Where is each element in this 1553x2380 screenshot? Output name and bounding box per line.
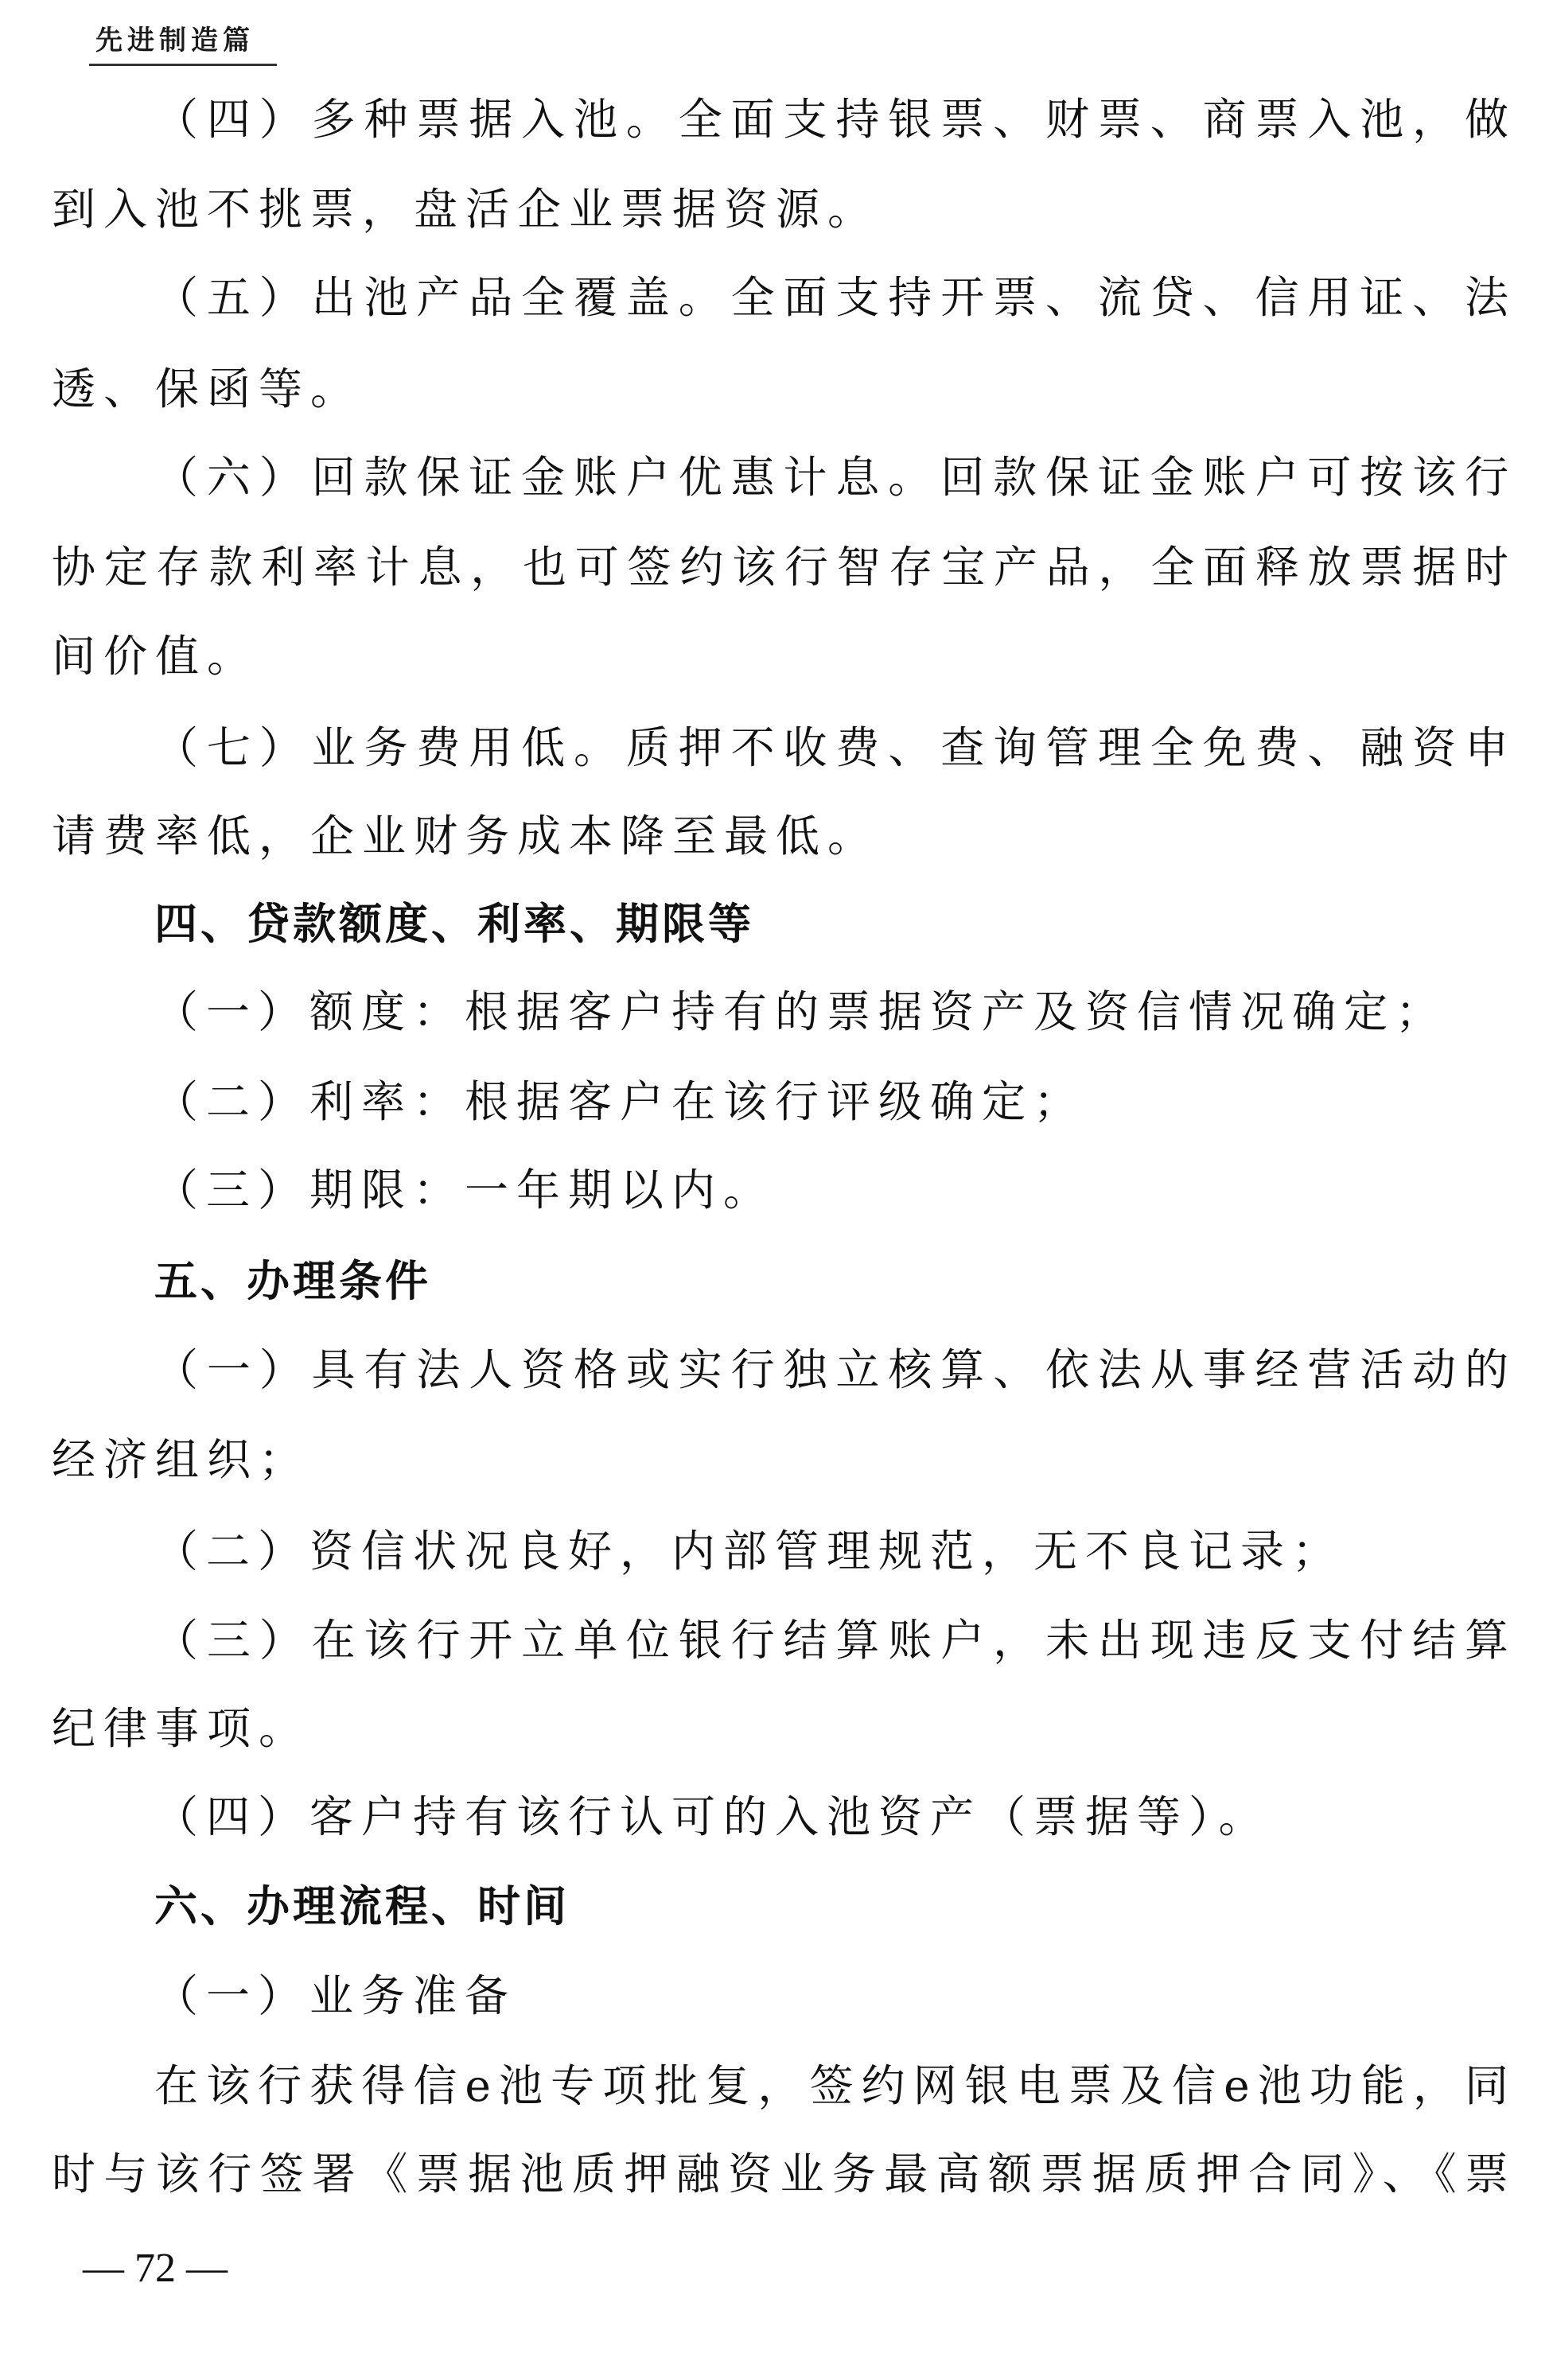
text-line: （三）期限：一年期以内。 [154,1158,775,1222]
text-line: （七）业务费用低。质押不收费、查询管理全免费、融资申 [154,716,1508,780]
header-rule-divider [89,64,277,66]
text-line: 协定存款利率计息，也可签约该行智存宝产品，全面释放票据时 [52,535,1508,599]
text-line: 在该行获得信e池专项批复，签约网银电票及信e池功能，同 [154,2054,1508,2117]
text-line: 到入池不挑票，盘活企业票据资源。 [52,177,879,241]
section-heading: 五、办理条件 [154,1250,431,1313]
text-line: 请费率低，企业财务成本降至最低。 [52,804,879,868]
text-line: （六）回款保证金账户优惠计息。回款保证金账户可按该行 [154,445,1508,509]
text-line: （四）客户持有该行认可的入池资产（票据等）。 [154,1785,1271,1849]
text-line: （四）多种票据入池。全面支持银票、财票、商票入池，做 [154,87,1508,151]
text-line: （一）业务准备 [154,1964,516,2028]
section-heading: 四、贷款额度、利率、期限等 [154,892,754,956]
text-line: 纪律事项。 [52,1697,310,1760]
text-line: 经济组织； [52,1428,310,1491]
text-line: （五）出池产品全覆盖。全面支持开票、流贷、信用证、法 [154,266,1508,329]
text-line: （二）资信状况良好，内部管理规范，无不良记录； [154,1519,1344,1583]
running-head: 先进制造篇 [95,21,255,60]
text-line: （一）额度：根据客户持有的票据资产及资信情况确定； [154,980,1447,1044]
text-line: 透、保函等。 [52,357,362,421]
text-line: （一）具有法人资格或实行独立核算、依法从事经营活动的 [154,1338,1508,1402]
text-line: （三）在该行开立单位银行结算账户，未出现违反支付结算 [154,1608,1508,1672]
page-number: — 72 — [83,2245,228,2292]
text-line: 间价值。 [52,624,259,688]
document-page: 先进制造篇 （四）多种票据入池。全面支持银票、财票、商票入池，做到入池不挑票，盘… [0,0,1553,2380]
text-line: 时与该行签署《票据池质押融资业务最高额票据质押合同》、《票 [52,2142,1508,2206]
section-heading: 六、办理流程、时间 [154,1875,570,1939]
text-line: （二）利率：根据客户在该行评级确定； [154,1070,1085,1134]
